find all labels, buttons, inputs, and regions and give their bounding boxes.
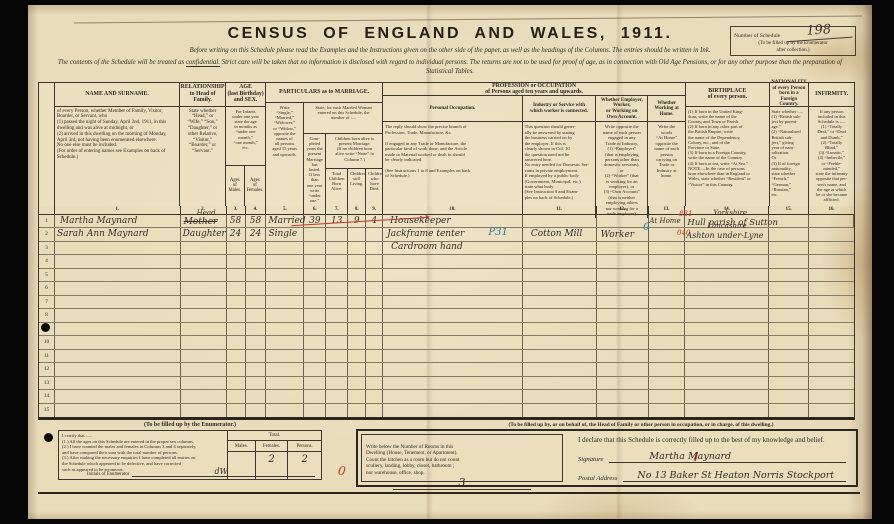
schedule-number-label: Number of Schedule [734,33,780,40]
table-row-10: 10 [39,336,854,350]
main-table: NAME AND SURNAME. of every Person, wheth… [38,82,855,421]
column-header-birthplace: BIRTHPLACE of every person. (1) If born … [686,83,769,206]
totals-males-header: Males. [228,441,256,452]
married-woman-desc: State, for each Married Woman entered on… [304,103,383,134]
householder-heading: (To be filled up by, or on behalf of, th… [426,422,856,428]
industry-header: Industry or Service with which worker is… [523,96,597,218]
entry-occupation: Cardroom hand [391,243,463,252]
instruction-2-pre: The contents of the Schedule will be tre… [58,59,186,66]
entry-occupation: Jackframe tenter [387,230,464,239]
table-row-13: 13 [39,377,854,391]
schedule-number-value: 198 [786,21,853,43]
column-header-nationality: NATIONALITY of every Person born in a Fo… [770,83,810,206]
householder-box: Write below the Number of Rooms in this … [356,429,858,487]
occupation-blue-code: P31 [488,228,507,238]
row-number-header [39,83,55,206]
initials-label: Initials of Enumerator [87,472,129,477]
table-row-12: 12 [39,363,854,377]
signature-value: Martha Maynard [649,452,731,462]
table-row-9: 9 [39,323,854,337]
census-form-paper: Number of Schedule 198 (To be filled up … [28,5,872,519]
declaration-area: I declare that this Schedule is correctl… [566,431,856,485]
rooms-text: Write below the Number of Rooms in this … [366,444,460,476]
declaration-text: I declare that this Schedule is correctl… [578,436,846,444]
years-married-header: Com- pleted years the present Marriage h… [304,134,326,206]
schedule-number-note: (To be filled up by the Enumerator after… [734,41,852,54]
entry-age-male: 58 [230,217,241,226]
entry-birthplace: Ashton under-Lyne [686,232,763,240]
column-header-profession: PROFESSION or OCCUPATION of Persons aged… [383,83,686,206]
postal-address-row: Postal Address No 13 Baker St Heaton Nor… [578,469,846,482]
entry-marriage: Single [268,230,297,239]
totals-females-header: Females. [256,441,289,452]
postal-address-label: Postal Address [578,475,617,483]
column-header-marriage: PARTICULARS as to MARRIAGE. Write “Singl… [266,83,383,206]
table-row-11: 11 [39,350,854,364]
confidential-underlined: confidential. [186,59,220,67]
totals-males-value [228,452,256,479]
personal-occupation-header: Personal Occupation. The reply should sh… [383,96,523,218]
table-row-4: 4 [39,255,854,269]
entry-birthplace-county: Yorkshire [713,210,747,217]
entry-children-born: 13 [331,217,342,226]
children-living-header: Children still Living. [348,169,366,206]
children-died-header: Children who have Died. [366,169,383,206]
entry-name: Martha Maynard [60,217,137,226]
table-row-7: 7 [39,296,854,310]
entry-relationship: Daughter [183,230,226,239]
entry-worker-status: Worker [601,231,634,240]
entry-age-female: 24 [250,230,261,239]
table-row-14: 14 [39,390,854,404]
totals-persons-header: Persons. [288,441,321,452]
entry-name: Sarah Ann Maynard [57,230,149,239]
entry-age-male: 24 [230,230,241,239]
total-children-header: Total Children Born Alive. [326,169,348,206]
rooms-box: Write below the Number of Rooms in this … [361,434,563,482]
children-born-header: Children born alive to present Marriage.… [326,134,383,169]
signature-line: Martha Maynard [609,450,846,463]
schedule-number-box: Number of Schedule 198 (To be filled up … [730,26,856,56]
entry-at-home: At Home [650,218,681,225]
table-row-15: 15 [39,404,854,418]
table-body: 1 Martha Maynard Head Mother 58 58 Marri… [38,215,855,421]
instruction-2-post: Strict care will be taken that no inform… [220,59,842,75]
rooms-value: 3 [393,477,531,490]
enumerator-heading: (To be filled up by the Enumerator.) [58,422,322,428]
column-header-name: NAME AND SURNAME. of every Person, wheth… [55,83,180,206]
column-header-age: AGE (last Birthday) and SEX. For Infants… [226,83,266,206]
instruction-line-1: Before writing on this Schedule please r… [54,46,846,55]
ages-of-males-header: Ages of Males. [226,166,245,206]
entry-industry: Cotton Mill [531,230,582,239]
instruction-line-2: The contents of the Schedule will be tre… [46,58,854,76]
postal-address-value: No 13 Baker St Heaton Norris Stockport [637,471,834,481]
entry-relationship-struck: Mother [184,218,218,227]
form-top-rule [74,16,862,24]
signature-label: Signature [578,456,603,464]
column-header-infirmity: INFIRMITY. If any person included in thi… [809,83,854,206]
column-header-relationship: RELATIONSHIP to Head of Family. State wh… [180,83,226,206]
table-row-8: 8 [39,309,854,323]
census-scan-background: Number of Schedule 198 (To be filled up … [0,0,894,524]
bottom-thick-rule [38,492,860,494]
red-circled-mark: 0 [337,464,347,479]
table-row-6: 6 [39,282,854,296]
entry-age-female: 58 [250,217,261,226]
working-at-home-header: Whether Working at Home. Write the words… [648,96,685,218]
table-row-3: 3 Cardroom hand [39,242,854,256]
entry-birthplace-county: Lancashire [707,223,746,230]
postal-address-line: No 13 Baker St Heaton Norris Stockport [623,469,846,482]
initials-value: dW [215,468,228,476]
enumerator-box: I certify that :— (1.) All the ages on t… [58,430,322,480]
status-blue-code: 0 [643,223,649,233]
employer-worker-header: Whether Employer, Worker, or Working on … [596,96,648,218]
table-row-2: 2 Sarah Ann Maynard Daughter 24 24 Singl… [39,228,854,242]
marriage-write-desc: Write “Single,” “Married,” “Widower,” or… [266,103,304,206]
entry-relationship-corrected: Head [197,210,216,217]
table-row-5: 5 [39,269,854,283]
totals-persons-value: 2 [288,452,321,479]
totals-females-value: 2 [256,452,289,479]
ages-of-females-header: Ages of Females. [245,166,265,206]
enumerator-red-code: 831 [679,211,692,218]
bottom-section: (To be filled up by the Enumerator.) I c… [38,420,864,500]
signature-row: Signature Martha Maynard [578,450,846,463]
totals-table: Total. Males. Females. Persons. 2 2 [227,431,321,479]
table-header: NAME AND SURNAME. of every Person, wheth… [38,82,855,206]
totals-title: Total. [228,431,321,441]
